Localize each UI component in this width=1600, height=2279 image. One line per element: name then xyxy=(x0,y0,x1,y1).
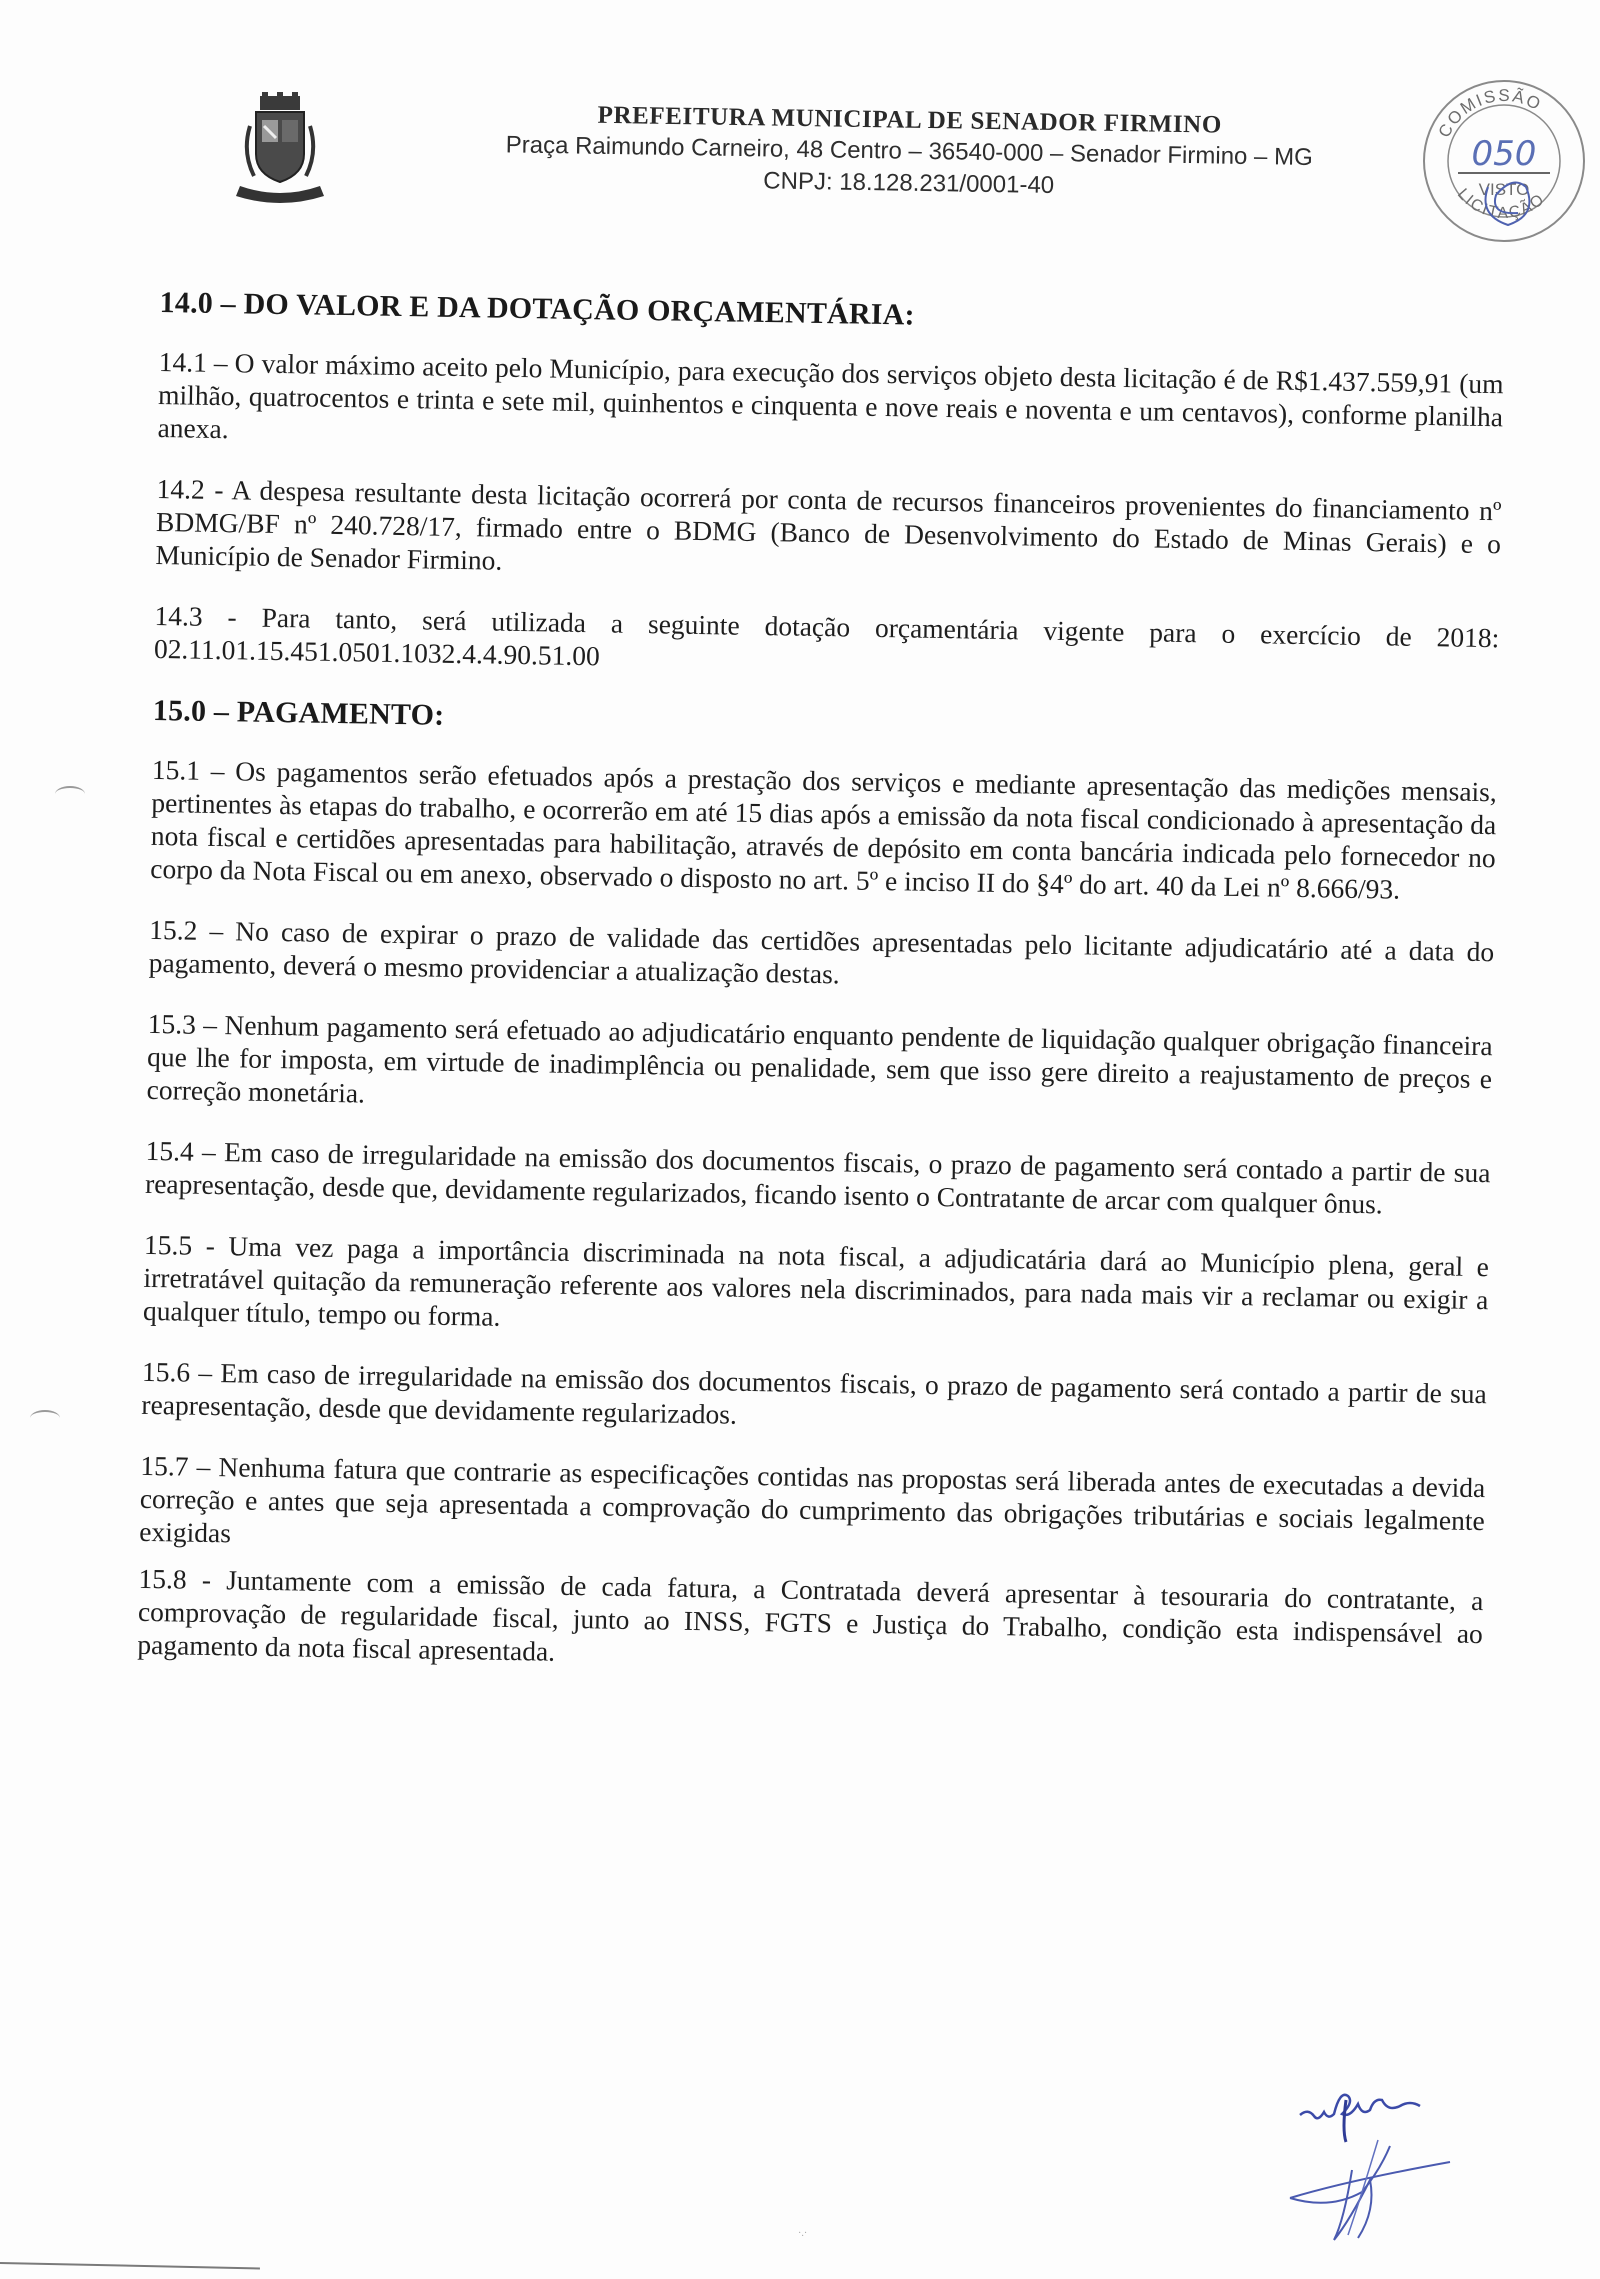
clause-15-5: 15.5 - Uma vez paga a importância discri… xyxy=(143,1228,1489,1349)
clause-15-7: 15.7 – Nenhuma fatura que contrarie as e… xyxy=(139,1449,1485,1570)
margin-punch-mark xyxy=(55,786,85,802)
svg-text:050: 050 xyxy=(1472,134,1537,174)
clause-15-6: 15.6 – Em caso de irregularidade na emis… xyxy=(141,1355,1487,1443)
clause-14-2: 14.2 - A despesa resultante desta licita… xyxy=(155,472,1501,593)
section-heading-14: 14.0 – DO VALOR E DA DOTAÇÃO ORÇAMENTÁRI… xyxy=(159,285,1504,343)
clause-15-8: 15.8 - Juntamente com a emissão de cada … xyxy=(137,1562,1483,1683)
document-body: 14.0 – DO VALOR E DA DOTAÇÃO ORÇAMENTÁRI… xyxy=(137,285,1505,1711)
clause-15-3: 15.3 – Nenhum pagamento será efetuado ao… xyxy=(146,1007,1492,1128)
svg-text:COMISSÃO: COMISSÃO xyxy=(1435,86,1546,141)
section-heading-15: 15.0 – PAGAMENTO: xyxy=(153,693,1498,751)
clause-14-3: 14.3 - Para tanto, será utilizada a segu… xyxy=(154,599,1500,687)
document-page: PREFEITURA MUNICIPAL DE SENADOR FIRMINO … xyxy=(0,0,1600,2279)
coat-of-arms-icon xyxy=(232,92,328,208)
scan-artifact: ·.· xyxy=(798,2228,804,2232)
clause-15-4: 15.4 – Em caso de irregularidade na emis… xyxy=(145,1134,1491,1222)
margin-punch-mark xyxy=(30,1410,60,1426)
scan-edge-line xyxy=(0,2262,260,2269)
clause-14-1: 14.1 – O valor máximo aceito pelo Municí… xyxy=(157,345,1503,466)
letterhead: PREFEITURA MUNICIPAL DE SENADOR FIRMINO … xyxy=(419,98,1400,207)
signature-rubrics xyxy=(1270,2070,1470,2260)
clause-15-1: 15.1 – Os pagamentos serão efetuados apó… xyxy=(150,753,1497,907)
commission-stamp: COMISSÃO LICITAÇÃO VISTO 050 xyxy=(1418,75,1590,247)
clause-15-2: 15.2 – No caso de expirar o prazo de val… xyxy=(148,913,1494,1001)
